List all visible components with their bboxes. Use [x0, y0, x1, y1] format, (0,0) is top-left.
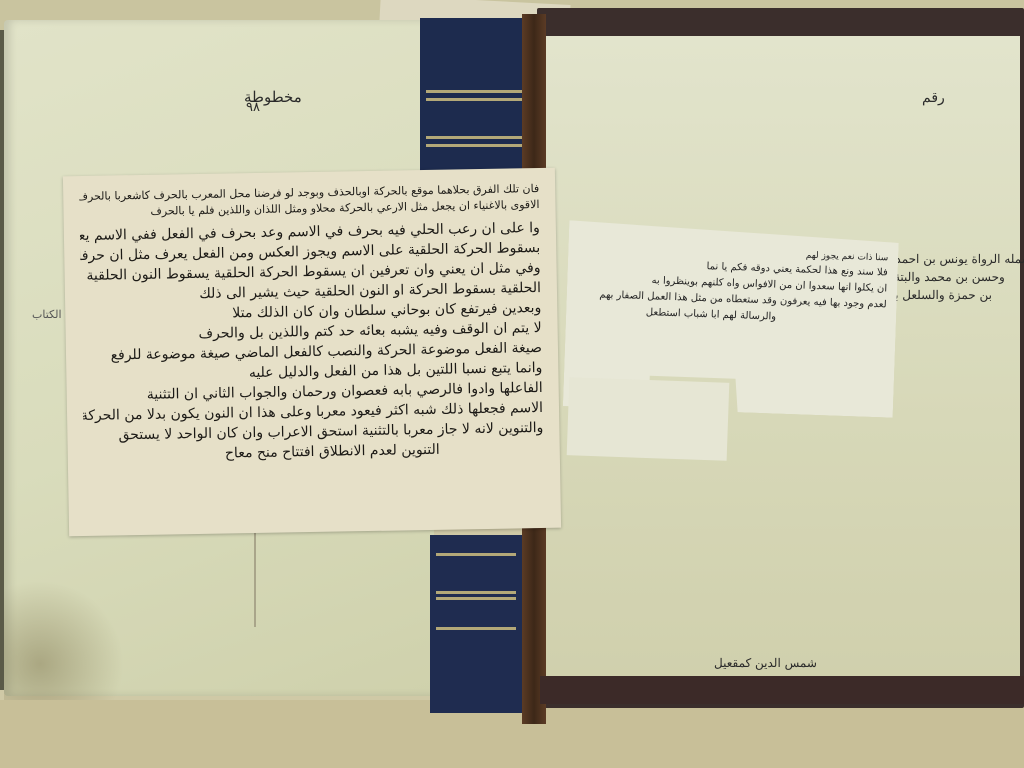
- shelfmark-number: ٩٨: [246, 100, 260, 115]
- water-stain: [4, 580, 124, 700]
- page-crease: [254, 532, 256, 627]
- spine-cloth-bottom: [430, 535, 522, 713]
- spine-cloth-top: [420, 18, 538, 173]
- paper-slip-tail: [567, 377, 730, 461]
- slip-line: والرسالة لهم ابا شباب استطعل: [646, 307, 777, 323]
- margin-note: الكتاب: [32, 308, 62, 321]
- bottom-signature: شمس الدين كمقعيل: [714, 656, 817, 670]
- margin-text-line: وحسن بن محمد والبتة: [894, 270, 1005, 284]
- handwritten-note-card: فان تلك الفرق بحلاهما موقع بالحركة اوبال…: [63, 168, 561, 537]
- folio-prefix: رقم: [922, 90, 945, 106]
- margin-text-line: بن حمزة والسلعل بن: [886, 288, 992, 302]
- slip-line: سنا ذات نعم يجوز لهم: [806, 251, 889, 264]
- slip-line: فلا سند ونع هذا لحكمة يعني دوقه فكم يا ن…: [706, 261, 887, 278]
- cover-bottom-edge: [540, 676, 1024, 704]
